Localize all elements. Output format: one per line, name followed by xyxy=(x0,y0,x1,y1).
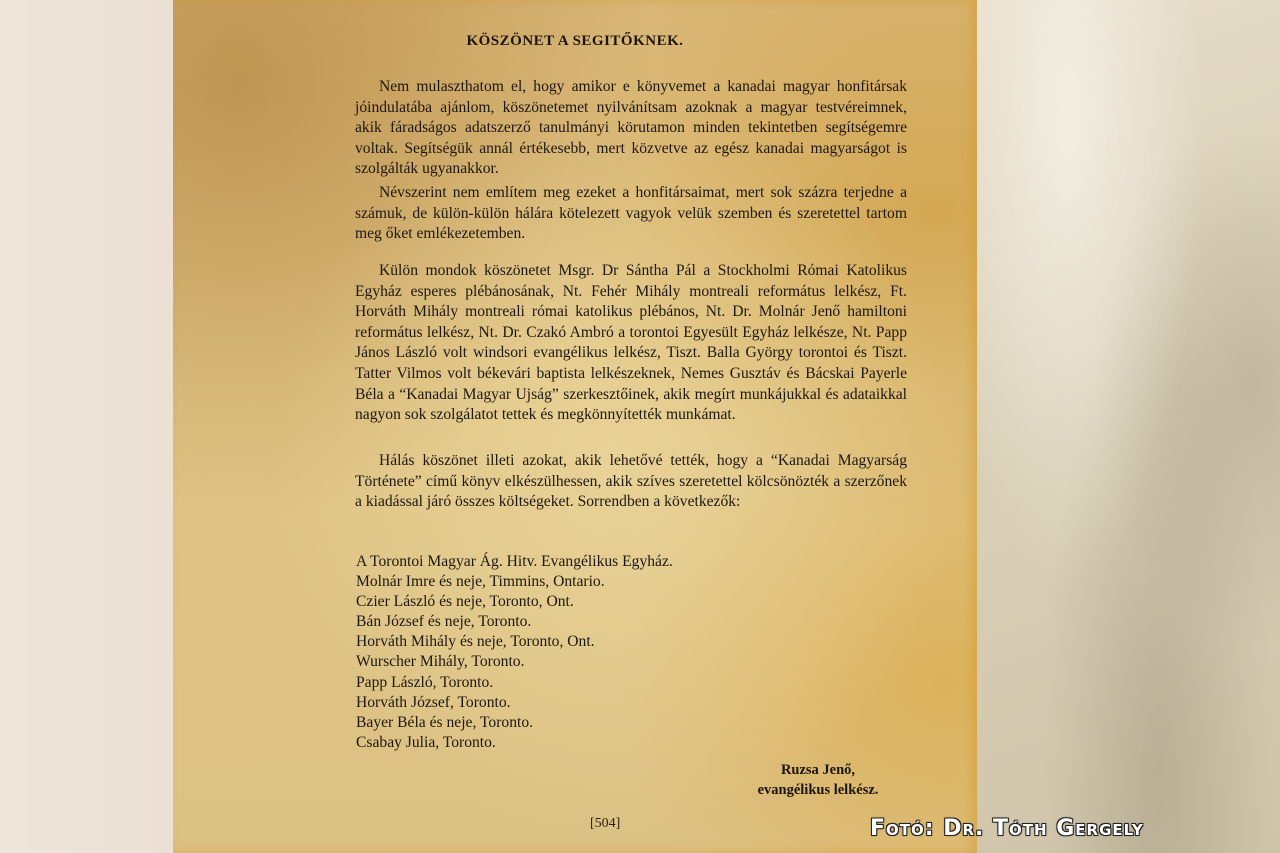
paragraph-2: Névszerint nem említem meg ezeket a honf… xyxy=(355,183,907,245)
donor-list: A Torontoi Magyar Ág. Hitv. Evangélikus … xyxy=(356,552,673,753)
signature-name: Ruzsa Jenő, xyxy=(703,760,933,780)
page-number: [504] xyxy=(590,816,620,832)
left-background xyxy=(0,0,173,853)
list-item: Wurscher Mihály, Toronto. xyxy=(356,652,673,672)
list-item: Papp László, Toronto. xyxy=(356,673,673,693)
list-item: Czier László és neje, Toronto, Ont. xyxy=(356,592,673,612)
list-item: Horváth József, Toronto. xyxy=(356,693,673,713)
list-item: Bán József és neje, Toronto. xyxy=(356,612,673,632)
paragraph-1: Nem mulaszthatom el, hogy amikor e könyv… xyxy=(355,77,907,180)
photo-credit-watermark: Fotó: Dr. Tóth Gergely xyxy=(870,816,1144,841)
document-page: KÖSZÖNET A SEGITŐKNEK. Nem mulaszthatom … xyxy=(173,0,977,853)
list-item: Horváth Mihály és neje, Toronto, Ont. xyxy=(356,632,673,652)
signature-role: evangélikus lelkész. xyxy=(703,780,933,800)
list-item: Bayer Béla és neje, Toronto. xyxy=(356,713,673,733)
page-title: KÖSZÖNET A SEGITŐKNEK. xyxy=(173,33,977,50)
paragraph-4: Hálás köszönet illeti azokat, akik lehet… xyxy=(355,451,907,513)
list-item: A Torontoi Magyar Ág. Hitv. Evangélikus … xyxy=(356,552,673,572)
list-item: Csabay Julia, Toronto. xyxy=(356,733,673,753)
signature: Ruzsa Jenő, evangélikus lelkész. xyxy=(703,760,933,800)
list-item: Molnár Imre és neje, Timmins, Ontario. xyxy=(356,572,673,592)
right-background-paper xyxy=(977,0,1280,853)
paragraph-3: Külön mondok köszönetet Msgr. Dr Sántha … xyxy=(355,261,907,426)
